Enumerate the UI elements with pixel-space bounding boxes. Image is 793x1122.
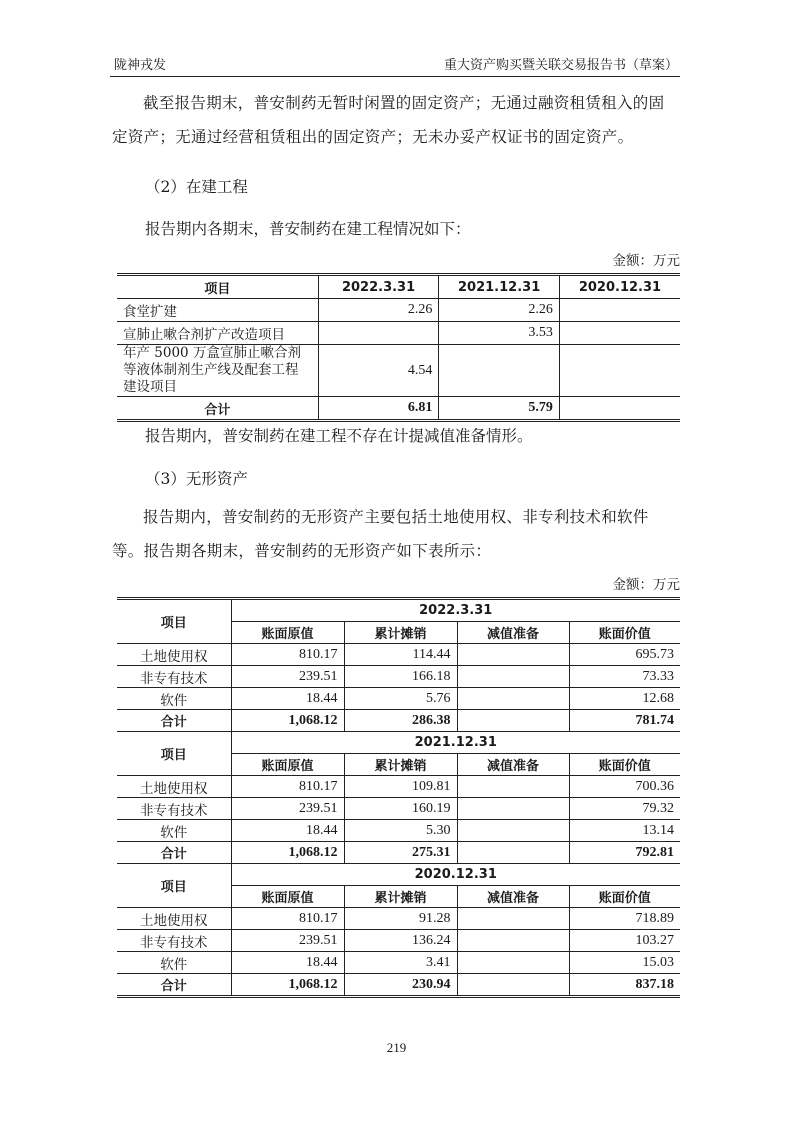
row-item: 合计 [117, 974, 231, 997]
construction-in-progress-table: 项目 2022.3.31 2021.12.31 2020.12.31 食堂扩建 … [117, 273, 680, 422]
cell-value: 239.51 [231, 930, 344, 952]
column-header: 账面原值 [231, 754, 344, 776]
column-header: 累计摊销 [344, 622, 457, 644]
row-item: 非专有技术 [117, 930, 231, 952]
intangible-assets-table: 项目 2022.3.31 账面原值 累计摊销 减值准备 账面价值 土地使用权 8… [117, 597, 680, 998]
cell-value: 18.44 [231, 688, 344, 710]
cell-value: 2.26 [318, 299, 439, 322]
cell-value: 1,068.12 [231, 974, 344, 997]
table-total-row: 合计 1,068.12 275.31 792.81 [117, 842, 680, 864]
row-item: 食堂扩建 [117, 299, 318, 322]
cell-value [457, 688, 569, 710]
cell-value [457, 820, 569, 842]
header-company: 陇神戎发 [114, 54, 166, 73]
table-row: 食堂扩建 2.26 2.26 [117, 299, 680, 322]
period-date: 2022.3.31 [231, 599, 680, 622]
column-header: 减值准备 [457, 754, 569, 776]
period-header-row: 项目 2021.12.31 [117, 732, 680, 754]
cell-value: 792.81 [569, 842, 680, 864]
cell-value: 1,068.12 [231, 842, 344, 864]
cell-value: 781.74 [569, 710, 680, 732]
cell-value: 695.73 [569, 644, 680, 666]
table-row: 软件 18.44 5.30 13.14 [117, 820, 680, 842]
cell-value: 79.32 [569, 798, 680, 820]
column-header: 累计摊销 [344, 754, 457, 776]
item-header: 项目 [117, 864, 231, 908]
table-total-row: 合计 1,068.12 230.94 837.18 [117, 974, 680, 997]
section-heading-construction: （2）在建工程 [145, 175, 248, 197]
cell-value: 230.94 [344, 974, 457, 997]
table-row: 土地使用权 810.17 114.44 695.73 [117, 644, 680, 666]
cell-value [559, 345, 680, 397]
cell-value: 5.79 [439, 397, 560, 421]
cell-value [559, 322, 680, 345]
cell-value: 1,068.12 [231, 710, 344, 732]
table-row: 非专有技术 239.51 166.18 73.33 [117, 666, 680, 688]
item-header: 项目 [117, 732, 231, 776]
table-row: 非专有技术 239.51 160.19 79.32 [117, 798, 680, 820]
cell-value: 5.30 [344, 820, 457, 842]
cell-value: 18.44 [231, 952, 344, 974]
period-header-row: 项目 2022.3.31 [117, 599, 680, 622]
column-header: 项目 [117, 275, 318, 299]
cell-value: 837.18 [569, 974, 680, 997]
row-item: 年产 5000 万盒宣肺止嗽合剂等液体制剂生产线及配套工程建设项目 [117, 345, 318, 397]
page-header: 陇神戎发 重大资产购买暨关联交易报告书（草案） [110, 52, 680, 77]
cell-value [457, 930, 569, 952]
column-header: 账面价值 [569, 754, 680, 776]
row-item: 合计 [117, 710, 231, 732]
column-header: 账面价值 [569, 886, 680, 908]
unit-label-1: 金额：万元 [613, 249, 681, 269]
table-header-row: 项目 2022.3.31 2021.12.31 2020.12.31 [117, 275, 680, 299]
row-item: 软件 [117, 820, 231, 842]
cell-value [457, 842, 569, 864]
cell-value: 91.28 [344, 908, 457, 930]
table-row: 年产 5000 万盒宣肺止嗽合剂等液体制剂生产线及配套工程建设项目 4.54 [117, 345, 680, 397]
cell-value [457, 644, 569, 666]
page-number: 219 [0, 1040, 793, 1056]
row-item: 土地使用权 [117, 908, 231, 930]
cell-value: 103.27 [569, 930, 680, 952]
period-header-row: 项目 2020.12.31 [117, 864, 680, 886]
cell-value: 15.03 [569, 952, 680, 974]
section-heading-intangible: （3）无形资产 [145, 467, 248, 489]
cell-value [457, 952, 569, 974]
cell-value: 2.26 [439, 299, 560, 322]
row-item: 合计 [117, 842, 231, 864]
column-header: 账面价值 [569, 622, 680, 644]
cell-value [457, 798, 569, 820]
header-doc-title: 重大资产购买暨关联交易报告书（草案） [444, 54, 678, 73]
paragraph-intangible-intro: 报告期内，普安制药的无形资产主要包括土地使用权、非专利技术和软件等。报告期各期末… [112, 500, 680, 568]
row-item: 软件 [117, 688, 231, 710]
paragraph-construction-intro: 报告期内各期末，普安制药在建工程情况如下： [145, 217, 471, 239]
column-header: 2021.12.31 [439, 275, 560, 299]
column-header: 累计摊销 [344, 886, 457, 908]
column-header: 账面原值 [231, 622, 344, 644]
period-date: 2021.12.31 [231, 732, 680, 754]
cell-value [457, 710, 569, 732]
cell-value: 73.33 [569, 666, 680, 688]
cell-value [457, 666, 569, 688]
cell-value [439, 345, 560, 397]
column-header: 减值准备 [457, 886, 569, 908]
table-row: 软件 18.44 3.41 15.03 [117, 952, 680, 974]
cell-value: 109.81 [344, 776, 457, 798]
table-row: 宣肺止嗽合剂扩产改造项目 3.53 [117, 322, 680, 345]
cell-value: 114.44 [344, 644, 457, 666]
cell-value: 810.17 [231, 776, 344, 798]
cell-value: 239.51 [231, 798, 344, 820]
cell-value: 239.51 [231, 666, 344, 688]
table-total-row: 合计 6.81 5.79 [117, 397, 680, 421]
period-date: 2020.12.31 [231, 864, 680, 886]
column-header: 账面原值 [231, 886, 344, 908]
table-row: 土地使用权 810.17 109.81 700.36 [117, 776, 680, 798]
cell-value: 718.89 [569, 908, 680, 930]
cell-value [457, 908, 569, 930]
cell-value: 18.44 [231, 820, 344, 842]
cell-value: 700.36 [569, 776, 680, 798]
cell-value [457, 974, 569, 997]
row-item: 合计 [117, 397, 318, 421]
cell-value: 4.54 [318, 345, 439, 397]
cell-value: 13.14 [569, 820, 680, 842]
unit-label-2: 金额：万元 [613, 573, 681, 593]
row-item: 土地使用权 [117, 644, 231, 666]
table-total-row: 合计 1,068.12 286.38 781.74 [117, 710, 680, 732]
cell-value: 275.31 [344, 842, 457, 864]
cell-value [318, 322, 439, 345]
column-header: 2020.12.31 [559, 275, 680, 299]
cell-value: 12.68 [569, 688, 680, 710]
row-item: 宣肺止嗽合剂扩产改造项目 [117, 322, 318, 345]
paragraph-no-impairment: 报告期内，普安制药在建工程不存在计提减值准备情形。 [145, 424, 533, 446]
cell-value: 6.81 [318, 397, 439, 421]
cell-value: 166.18 [344, 666, 457, 688]
table-row: 软件 18.44 5.76 12.68 [117, 688, 680, 710]
cell-value: 3.53 [439, 322, 560, 345]
row-item: 非专有技术 [117, 798, 231, 820]
item-header: 项目 [117, 599, 231, 644]
row-item: 软件 [117, 952, 231, 974]
table-row: 非专有技术 239.51 136.24 103.27 [117, 930, 680, 952]
column-header: 2022.3.31 [318, 275, 439, 299]
row-item: 非专有技术 [117, 666, 231, 688]
cell-value [559, 299, 680, 322]
cell-value: 160.19 [344, 798, 457, 820]
cell-value: 810.17 [231, 908, 344, 930]
column-header: 减值准备 [457, 622, 569, 644]
cell-value: 810.17 [231, 644, 344, 666]
row-item: 土地使用权 [117, 776, 231, 798]
table-row: 土地使用权 810.17 91.28 718.89 [117, 908, 680, 930]
cell-value: 286.38 [344, 710, 457, 732]
cell-value: 136.24 [344, 930, 457, 952]
paragraph-fixed-assets: 截至报告期末，普安制药无暂时闲置的固定资产；无通过融资租赁租入的固定资产；无通过… [112, 86, 680, 154]
cell-value [559, 397, 680, 421]
cell-value [457, 776, 569, 798]
cell-value: 3.41 [344, 952, 457, 974]
cell-value: 5.76 [344, 688, 457, 710]
